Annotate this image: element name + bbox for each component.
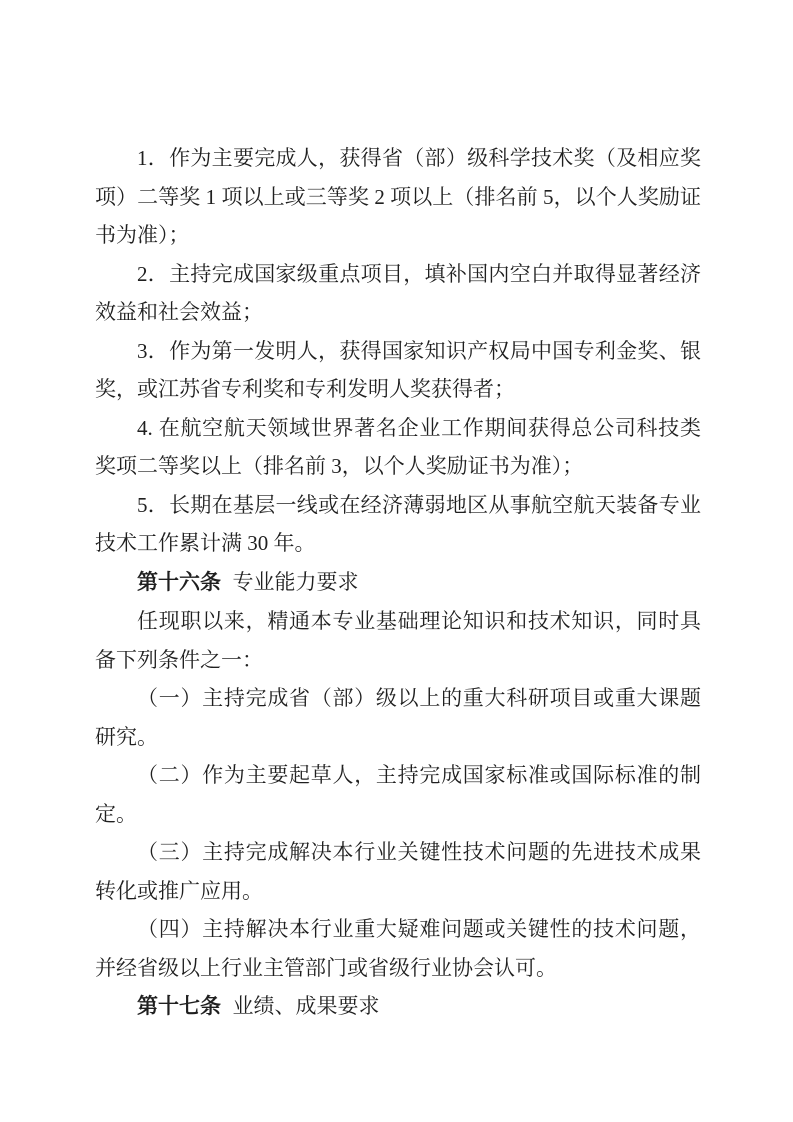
clause-item-1: 1．作为主要完成人，获得省（部）级科学技术奖（及相应奖项）二等奖 1 项以上或三… [95, 139, 701, 255]
clause-item-3: 3．作为第一发明人，获得国家知识产权局中国专利金奖、银奖，或江苏省专利奖和专利发… [95, 332, 701, 409]
clause-item-1-text: 1．作为主要完成人，获得省（部）级科学技术奖（及相应奖项）二等奖 1 项以上或三… [95, 146, 701, 247]
clause-item-4-text: 4. 在航空航天领域世界著名企业工作期间获得总公司科技类奖项二等奖以上（排名前 … [95, 416, 701, 479]
article-16-intro: 任现职以来，精通本专业基础理论知识和技术知识，同时具备下列条件之一： [95, 602, 701, 679]
article-17-heading: 第十七条业绩、成果要求 [95, 987, 701, 1027]
condition-item-1-text: （一）主持完成省（部）级以上的重大科研项目或重大课题研究。 [95, 686, 701, 749]
article-17-title: 业绩、成果要求 [233, 994, 380, 1018]
clause-item-5: 5．长期在基层一线或在经济薄弱地区从事航空航天装备专业技术工作累计满 30 年。 [95, 486, 701, 563]
clause-item-4: 4. 在航空航天领域世界著名企业工作期间获得总公司科技类奖项二等奖以上（排名前 … [95, 409, 701, 486]
article-17-number: 第十七条 [137, 995, 221, 1018]
clause-item-2-text: 2．主持完成国家级重点项目，填补国内空白并取得显著经济效益和社会效益； [95, 262, 701, 325]
condition-item-4-text: （四）主持解决本行业重大疑难问题或关键性的技术问题，并经省级以上行业主管部门或省… [95, 917, 701, 980]
condition-item-1: （一）主持完成省（部）级以上的重大科研项目或重大课题研究。 [95, 679, 701, 756]
clause-item-2: 2．主持完成国家级重点项目，填补国内空白并取得显著经济效益和社会效益； [95, 255, 701, 332]
clause-item-3-text: 3．作为第一发明人，获得国家知识产权局中国专利金奖、银奖，或江苏省专利奖和专利发… [95, 339, 701, 402]
article-16-heading: 第十六条专业能力要求 [95, 563, 701, 603]
article-16-number: 第十六条 [137, 571, 221, 594]
article-16-title: 专业能力要求 [233, 570, 359, 594]
condition-item-2-text: （二）作为主要起草人，主持完成国家标准或国际标准的制定。 [95, 763, 701, 826]
condition-item-3-text: （三）主持完成解决本行业关键性技术问题的先进技术成果转化或推广应用。 [95, 840, 701, 903]
condition-item-4: （四）主持解决本行业重大疑难问题或关键性的技术问题，并经省级以上行业主管部门或省… [95, 910, 701, 987]
clause-item-5-text: 5．长期在基层一线或在经济薄弱地区从事航空航天装备专业技术工作累计满 30 年。 [95, 493, 701, 556]
document-page: 1．作为主要完成人，获得省（部）级科学技术奖（及相应奖项）二等奖 1 项以上或三… [95, 139, 701, 1027]
article-16-intro-text: 任现职以来，精通本专业基础理论知识和技术知识，同时具备下列条件之一： [95, 609, 701, 672]
condition-item-2: （二）作为主要起草人，主持完成国家标准或国际标准的制定。 [95, 756, 701, 833]
condition-item-3: （三）主持完成解决本行业关键性技术问题的先进技术成果转化或推广应用。 [95, 833, 701, 910]
